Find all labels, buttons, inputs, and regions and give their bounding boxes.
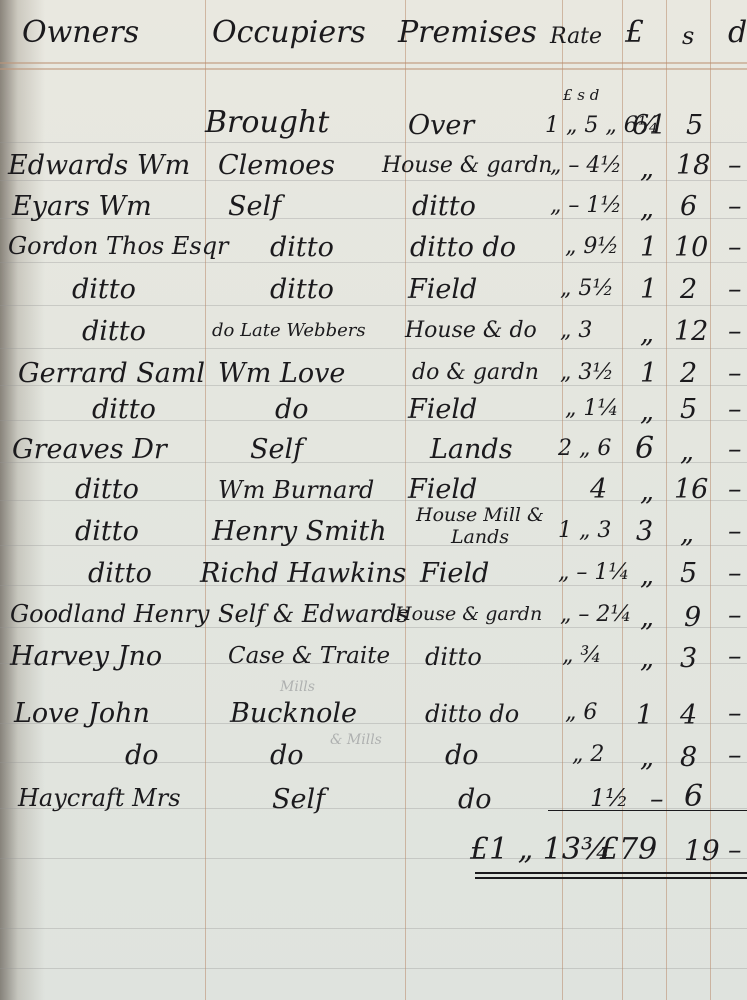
header-owners: Owners [22, 18, 139, 48]
premises-cell: ditto [425, 645, 482, 669]
owner-cell: Gerrard Saml [18, 360, 205, 387]
rate-cell: 4 [590, 476, 607, 503]
occupier-cell: Clemoes [218, 152, 335, 179]
pence-cell: – [728, 700, 742, 727]
owner-cell: ditto [75, 518, 139, 545]
premises-cell: House & gardn [395, 605, 542, 624]
pence-cell: – [728, 360, 742, 387]
occupier-cell: Bucknole [230, 700, 357, 727]
owner-cell: ditto [82, 318, 146, 345]
owner-cell: ditto [72, 276, 136, 303]
owner-cell: Harvey Jno [10, 643, 162, 670]
occupier-cell: do [270, 742, 304, 769]
pounds-cell: „ [640, 744, 654, 771]
occupier-cell: Self & Edwards [218, 602, 409, 626]
pence-cell: – [728, 518, 742, 545]
shillings-cell: 2 [680, 276, 697, 303]
pence-cell: – [728, 318, 742, 345]
pounds-cell: „ [640, 604, 654, 631]
occupier-cell: do [275, 396, 309, 423]
premises-cell: ditto [412, 193, 476, 220]
shillings-cell: 5 [680, 560, 697, 587]
rate-cell: „ 2 [572, 744, 604, 766]
brought-over-shillings: 5 [686, 112, 703, 139]
rate-cell: 1½ [590, 786, 629, 810]
brought-over-pounds: 61 [632, 112, 666, 139]
pencil-annotation: & Mills [330, 733, 382, 747]
premises-cell: Field [408, 396, 477, 423]
owner-cell: Gordon Thos Esqr [8, 234, 229, 258]
occupier-cell: Self [272, 786, 325, 813]
shillings-cell: 6 [680, 193, 697, 220]
ruled-line [0, 305, 747, 306]
ruled-line [0, 928, 747, 929]
rate-cell: „ – 4½ [550, 155, 622, 177]
premises-cell: Field [420, 560, 489, 587]
pounds-cell: 1 [640, 360, 657, 387]
owner-cell: do [125, 742, 159, 769]
pence-cell: – [728, 276, 742, 303]
column-rule-occupiers [405, 0, 406, 1000]
ruled-line [0, 968, 747, 969]
occupier-cell: do Late Webbers [212, 322, 366, 340]
premises-cell: House & do [405, 320, 537, 342]
rate-cell: „ 5½ [560, 278, 614, 300]
owner-cell: Edwards Wm [8, 152, 190, 179]
rate-cell: „ 6 [565, 702, 597, 724]
pounds-cell: 1 [640, 276, 657, 303]
pence-cell: – [728, 396, 742, 423]
premises-cell: Lands [430, 436, 513, 463]
owner-cell: Goodland Henry [10, 602, 210, 626]
rate-cell: 2 „ 6 [558, 438, 611, 460]
shillings-cell: 8 [680, 744, 697, 771]
header-shillings: s [682, 24, 694, 48]
pounds-cell: „ [640, 195, 654, 222]
occupier-cell: Wm Love [218, 360, 345, 387]
header-pounds: £ [625, 18, 644, 48]
shillings-cell: 6 [684, 782, 703, 812]
pounds-cell: „ [640, 562, 654, 589]
owner-cell: Love John [14, 700, 150, 727]
pence-cell: – [728, 742, 742, 769]
pounds-cell: „ [640, 320, 654, 347]
pence-cell: – [728, 602, 742, 629]
owner-cell: Greaves Dr [12, 436, 167, 463]
rate-cell: „ 3½ [560, 362, 614, 384]
ruled-line [0, 142, 747, 143]
pounds-cell: 6 [635, 434, 654, 464]
premises-cell: do & gardn [412, 362, 539, 384]
pence-cell: – [728, 436, 742, 463]
column-rule-owners [205, 0, 206, 1000]
shillings-cell: 18 [676, 152, 710, 179]
pounds-cell: „ [640, 645, 654, 672]
pence-cell: – [728, 193, 742, 220]
pence-cell: – [728, 560, 742, 587]
owner-cell: Haycraft Mrs [18, 786, 181, 810]
premises-cell: House Mill & Lands [410, 504, 550, 548]
pounds-cell: 1 [636, 702, 653, 729]
premises-cell: Field [408, 476, 477, 503]
total-double-rule [475, 877, 747, 879]
rate-cell: „ – 1¼ [558, 562, 630, 584]
shillings-cell: 4 [680, 702, 697, 729]
occupier-cell: Wm Burnard [218, 478, 374, 502]
premises-cell: ditto do [425, 702, 519, 726]
ruled-line [0, 348, 747, 349]
total-amount: £79 [600, 835, 657, 865]
shillings-cell: 5 [680, 396, 697, 423]
pence-cell: – [728, 234, 742, 261]
premises-cell: Field [408, 276, 477, 303]
rate-cell: „ – 2¼ [560, 604, 632, 626]
ruled-line [0, 762, 747, 763]
pounds-cell: – [650, 786, 664, 813]
pence-cell: – [728, 643, 742, 670]
pence-cell: – [728, 152, 742, 179]
shillings-cell: „ [680, 438, 694, 465]
ledger-page: Owners Occupiers Premises Rate £ s d £ s… [0, 0, 747, 1000]
pence-cell: – [728, 476, 742, 503]
pounds-cell: „ [640, 398, 654, 425]
subtotal-rule [548, 810, 747, 811]
total-rate: £1 „ 13¾ [470, 835, 610, 865]
pounds-cell: 1 [640, 234, 657, 261]
premises-cell: do [458, 786, 492, 813]
occupier-cell: Case & Traite [228, 645, 390, 668]
rate-cell: „ – 1½ [550, 195, 622, 217]
premises-cell: do [445, 742, 479, 769]
premises-cell: House & gardn [382, 155, 552, 177]
total-shillings: 19 [684, 837, 720, 865]
occupier-cell: Richd Hawkins [200, 560, 406, 587]
ruled-line [0, 262, 747, 263]
occupier-cell: Henry Smith [212, 518, 387, 545]
rate-cell: „ ¾ [562, 645, 602, 667]
header-rule [0, 68, 747, 70]
pounds-cell: 3 [636, 518, 653, 545]
header-premises: Premises [398, 18, 537, 48]
occupier-cell: ditto [270, 234, 334, 261]
rate-cell: „ 1¼ [565, 398, 619, 420]
owner-cell: Eyars Wm [12, 193, 152, 220]
shillings-cell: 16 [674, 476, 708, 503]
pencil-annotation: Mills [280, 680, 315, 694]
header-pence: d [728, 18, 747, 48]
shillings-cell: 10 [674, 234, 708, 261]
premises-cell: ditto do [410, 234, 516, 261]
occupier-cell: ditto [270, 276, 334, 303]
header-rate: Rate [550, 26, 602, 48]
pounds-cell: „ [640, 155, 654, 182]
shillings-cell: „ [680, 520, 694, 547]
column-rule-pounds [666, 0, 667, 1000]
total-pence: – [728, 837, 742, 864]
owner-cell: ditto [88, 560, 152, 587]
owner-cell: ditto [75, 476, 139, 503]
rate-subheader: £ s d [563, 88, 599, 103]
total-double-rule [475, 872, 747, 874]
header-occupiers: Occupiers [212, 18, 366, 48]
owner-cell: ditto [92, 396, 156, 423]
shillings-cell: 12 [674, 318, 708, 345]
brought-over-label: Brought [205, 108, 329, 138]
shillings-cell: 9 [684, 604, 701, 631]
header-rule [0, 62, 747, 64]
pounds-cell: „ [640, 478, 654, 505]
occupier-cell: Self [250, 436, 303, 463]
rate-cell: „ 3 [560, 320, 592, 342]
brought-over-label-right: Over [408, 112, 474, 139]
occupier-cell: Self [228, 193, 281, 220]
shillings-cell: 3 [680, 645, 697, 672]
rate-cell: „ 9½ [565, 236, 619, 258]
rate-cell: 1 „ 3 [558, 520, 611, 542]
shillings-cell: 2 [680, 360, 697, 387]
